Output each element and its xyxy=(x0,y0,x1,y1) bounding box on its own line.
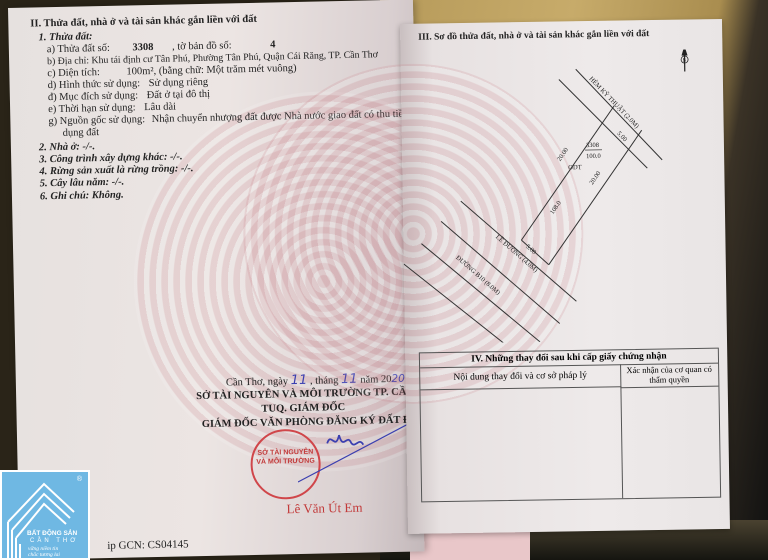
term-value: Lâu dài xyxy=(144,102,176,114)
registered-mark: ® xyxy=(77,476,82,483)
gcn-number-row: ip GCN: CS04145 xyxy=(107,538,189,553)
date-day: 11 xyxy=(291,373,308,388)
side-length-right: 20.00 xyxy=(588,170,602,186)
watermark-logo: ® BẤT ĐỘNG SẢN CẦN THƠ vững niềm tinchắc… xyxy=(0,470,90,560)
purpose-value: Đất ở tại đô thị xyxy=(147,89,211,101)
extra-dimension: 108.0 xyxy=(549,200,563,216)
signer-name: Lê Văn Út Em xyxy=(286,501,362,516)
gcn-label: ip GCN: xyxy=(107,539,145,552)
area-value: 100m², (bằng chữ: Một trăm mét vuông) xyxy=(126,63,296,78)
origin-value-cont: dụng đất xyxy=(63,126,100,140)
notes-row: 6. Ghi chú: Không. xyxy=(40,189,124,204)
changes-table: IV. Những thay đổi sau khi cấp giấy chứn… xyxy=(419,348,721,503)
section-iii-title: III. Sơ đồ thửa đất, nhà ở và tài sản kh… xyxy=(418,28,649,45)
front-width: 5.00 xyxy=(524,243,537,256)
date-prefix: Cần Thơ, ngày xyxy=(226,376,288,388)
map-sheet-number: 4 xyxy=(270,39,275,50)
section-ii-title: II. Thửa đất, nhà ở và tài sản khác gắn … xyxy=(30,13,257,31)
on-behalf-title: TUQ. GIÁM ĐỐC xyxy=(261,401,345,416)
parcel-number-label: 3308 xyxy=(586,142,599,149)
table-divider xyxy=(620,386,623,498)
changes-col-confirmation-header: Xác nhận của cơ quan có thẩm quyền xyxy=(620,363,718,389)
parcel-number: 3308 xyxy=(132,42,153,53)
parcel-area-label: 100.0 xyxy=(586,153,601,160)
logo-line1: BẤT ĐỘNG SẢN xyxy=(27,530,77,537)
gcn-number: CS04145 xyxy=(147,538,188,551)
address-label: b) Địa chỉ: xyxy=(47,55,89,67)
parcel-diagram: HẺM KỸ THUẬT (2.0M) 5.00 3308 100.0 ODT … xyxy=(400,49,727,344)
changes-col-content-header: Nội dung thay đổi và cơ sở pháp lý xyxy=(420,364,621,390)
back-width: 5.00 xyxy=(615,130,628,143)
logo-slogan: vững niềm tinchắc tương lai xyxy=(28,546,60,558)
north-arrow-icon: B xyxy=(681,49,688,72)
alley-label: HẺM KỸ THUẬT (2.0M) xyxy=(587,75,640,130)
side-length-left: 20.00 xyxy=(556,147,570,163)
land-code: ODT xyxy=(568,164,581,171)
logo-line2: CẦN THƠ xyxy=(30,538,78,544)
